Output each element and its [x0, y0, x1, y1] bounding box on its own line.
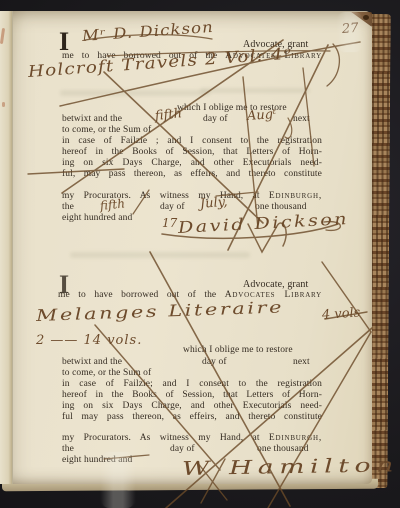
entry1-betwixt: betwixt and the	[62, 114, 122, 124]
book-strap-top	[338, 12, 362, 52]
entry2-constitute-line: ful may pass thereon, as effeirs, and th…	[62, 412, 322, 422]
entry2-day-of: day of	[202, 357, 227, 367]
entry2-procurators: my Procurators. As witness my Hand, at	[62, 433, 260, 443]
entry2-failzie-line: in case of Failzie; and I consent to the…	[62, 379, 322, 389]
entry2-hereof-line: hereof in the Books of Session, that Let…	[62, 390, 322, 400]
corner-damage-spot	[363, 15, 369, 20]
entry1-initial: I	[59, 31, 69, 53]
entry1-next: next	[293, 114, 310, 124]
entry2-betwixt: betwixt and the	[62, 357, 122, 367]
book-strap-bottom	[102, 452, 134, 508]
entry2-oblige-line: which I oblige me to restore	[183, 345, 293, 355]
entry2-day-of-2: day of	[170, 444, 195, 454]
entry1-witness-day-handwritten: fifth	[99, 196, 125, 213]
entry2-signature-handwritten: W Hamilton	[182, 454, 399, 480]
entry2-horning-line: ing on six Days Charge, and other Execut…	[62, 401, 322, 411]
entry1-horning-line: ing on six Days Charge, and other Execut…	[62, 158, 322, 168]
entry2-edinburgh: Edinburgh,	[269, 433, 322, 443]
entry2-witness-line: my Procurators. As witness my Hand, at E…	[62, 433, 322, 443]
show-through	[70, 252, 250, 258]
scanned-register-page: 27 I Mʳ D. Dickson Advocate, grant me to…	[0, 0, 400, 508]
entry2-borrowed-pre: me to have borrowed out of the	[58, 290, 216, 300]
entry1-procurators: my Procurators. As witness my Hand, at	[62, 191, 260, 201]
entry1-year-handwritten: 17	[162, 216, 177, 230]
entry1-witness-month-handwritten: July,	[199, 195, 228, 212]
entry1-constitute-line: ful, may pass thereon, as effeirs, and t…	[62, 169, 322, 179]
entry1-return-month-handwritten: Augᵗ	[246, 107, 276, 124]
entry1-hereof-line: hereof in the Books of Session, that Let…	[62, 147, 322, 157]
entry1-edinburgh: Edinburgh,	[269, 191, 322, 201]
entry1-day-of: day of	[203, 114, 228, 124]
entry2-title-cancelled-handwritten: 4 vols	[321, 305, 360, 323]
entry1-the: the	[62, 202, 74, 212]
entry2-next: next	[293, 357, 310, 367]
margin-mark	[2, 102, 5, 107]
entry1-sum-line: to come, or the Sum of	[62, 125, 151, 135]
show-through	[200, 88, 310, 93]
entry1-day-of-2: day of	[160, 202, 185, 212]
entry2-sum-line: to come, or the Sum of	[62, 368, 151, 378]
entry2-advocate-grant: Advocate, grant	[243, 280, 308, 290]
entry1-return-day-handwritten: fifth	[154, 106, 183, 124]
entry1-failzie-line: in case of Failzie ; and I consent to th…	[62, 136, 322, 146]
entry2-the: the	[62, 444, 74, 454]
entry1-eight-hundred: eight hundred and	[62, 213, 132, 223]
entry2-volumes-handwritten: 2 —— 14 vols.	[36, 333, 142, 348]
entry1-one-thousand: one thousand	[255, 202, 307, 212]
gutter-sliver	[0, 11, 13, 484]
entry2-one-thousand: one thousand	[257, 444, 309, 454]
show-through	[60, 90, 210, 96]
